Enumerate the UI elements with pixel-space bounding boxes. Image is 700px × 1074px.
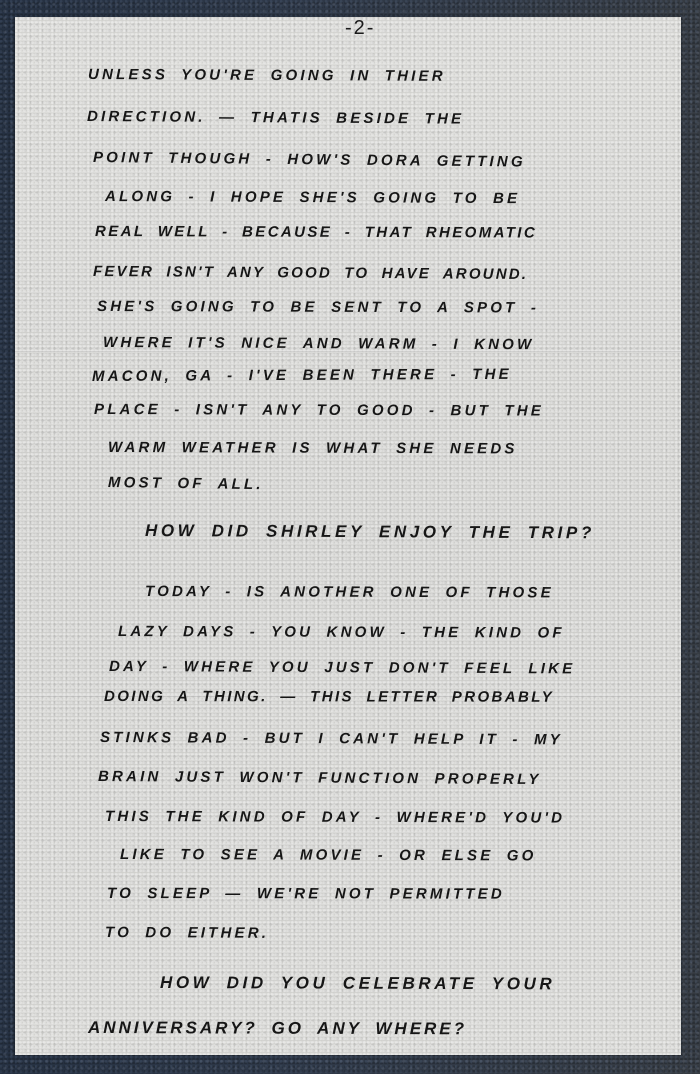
- letter-line: MOST OF ALL.: [108, 475, 264, 492]
- letter-line: LIKE TO SEE A MOVIE - OR ELSE GO: [120, 847, 537, 863]
- letter-line: SHE'S GOING TO BE SENT TO A SPOT -: [97, 299, 539, 316]
- letter-line: TO DO EITHER.: [105, 925, 269, 941]
- letter-line: LAZY DAYS - YOU KNOW - THE KIND OF: [118, 624, 565, 641]
- letter-line: REAL WELL - BECAUSE - THAT RHEOMATIC: [95, 224, 537, 241]
- letter-line: THIS THE KIND OF DAY - WHERE'D YOU'D: [105, 809, 565, 826]
- letter-line: POINT THOUGH - HOW'S DORA GETTING: [93, 150, 526, 170]
- letter-line: HOW DID SHIRLEY ENJOY THE TRIP?: [145, 522, 595, 541]
- letter-line: PLACE - ISN'T ANY TO GOOD - BUT THE: [94, 402, 544, 419]
- page-number: -2-: [345, 17, 375, 40]
- letter-line: TO SLEEP — WE'RE NOT PERMITTED: [107, 886, 505, 902]
- letter-line: WARM WEATHER IS WHAT SHE NEEDS: [108, 440, 518, 456]
- letter-line: UNLESS YOU'RE GOING IN THIER: [88, 67, 446, 84]
- letter-line: ALONG - I HOPE SHE'S GOING TO BE: [105, 189, 520, 206]
- letter-line: STINKS BAD - BUT I CAN'T HELP IT - MY: [100, 730, 563, 747]
- letter-line: HOW DID YOU CELEBRATE YOUR: [160, 974, 555, 992]
- letter-line: TODAY - IS ANOTHER ONE OF THOSE: [145, 584, 554, 600]
- letter-line: ANNIVERSARY? GO ANY WHERE?: [88, 1019, 467, 1037]
- letter-line: BRAIN JUST WON'T FUNCTION PROPERLY: [98, 769, 542, 787]
- letter-line: DIRECTION. — THATIS BESIDE THE: [87, 109, 464, 127]
- letter-line: FEVER ISN'T ANY GOOD TO HAVE AROUND.: [93, 264, 528, 282]
- letter-line: DAY - WHERE YOU JUST DON'T FEEL LIKE: [109, 659, 575, 676]
- letter-page: -2- UNLESS YOU'RE GOING IN THIER DIRECTI…: [15, 17, 681, 1055]
- letter-line: WHERE IT'S NICE AND WARM - I KNOW: [103, 335, 535, 352]
- letter-line: MACON, GA - I'VE BEEN THERE - THE: [92, 367, 512, 384]
- letter-line: DOING A THING. — THIS LETTER PROBABLY: [104, 689, 554, 705]
